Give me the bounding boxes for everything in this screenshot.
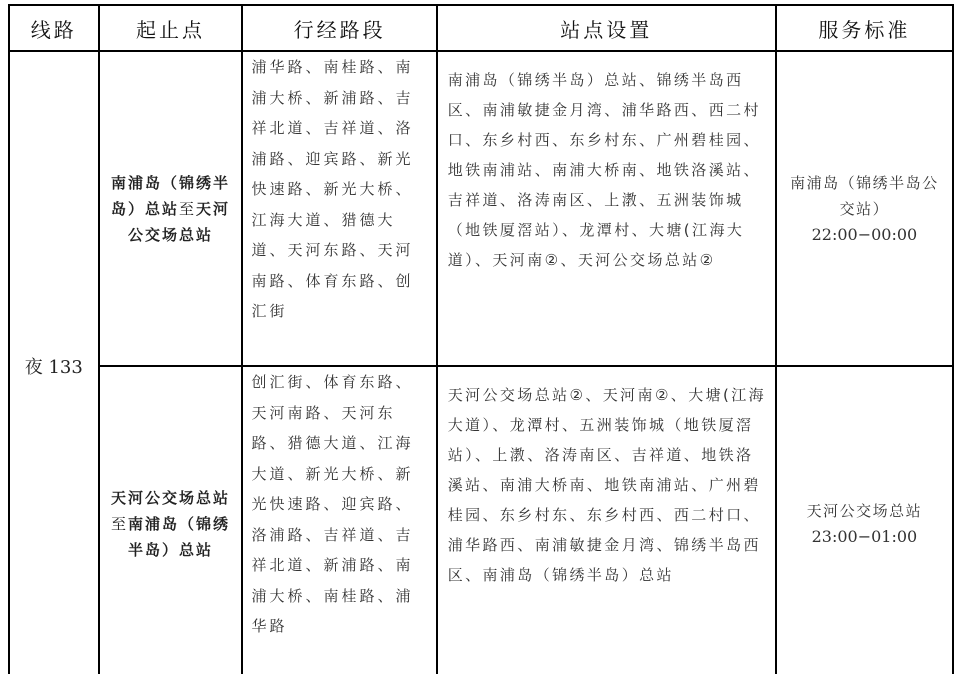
service-cell: 天河公交场总站 23:00−01:00 xyxy=(776,366,953,674)
header-roads: 行经路段 xyxy=(242,5,436,51)
header-endpoints: 起止点 xyxy=(99,5,243,51)
table-row: 夜 133 南浦岛（锦绣半岛）总站至天河公交场总站 浦华路、南桂路、南浦大桥、新… xyxy=(9,51,953,366)
endpoint-connector: 至 xyxy=(111,515,128,533)
service-hours: 22:00−00:00 xyxy=(785,222,944,248)
header-stops: 站点设置 xyxy=(437,5,776,51)
header-line: 线路 xyxy=(9,5,99,51)
table-row: 天河公交场总站至南浦岛（锦绣半岛）总站 创汇街、体育东路、天河南路、天河东路、猎… xyxy=(9,366,953,674)
service-hours: 23:00−01:00 xyxy=(785,524,944,550)
endpoint-to: 南浦岛（锦绣半岛）总站 xyxy=(128,515,230,559)
endpoints-cell: 南浦岛（锦绣半岛）总站至天河公交场总站 xyxy=(99,51,243,366)
stops-cell: 南浦岛（锦绣半岛）总站、锦绣半岛西区、南浦敏捷金月湾、浦华路西、西二村口、东乡村… xyxy=(437,51,776,366)
roads-cell: 创汇街、体育东路、天河南路、天河东路、猎德大道、江海大道、新光大桥、新光快速路、… xyxy=(242,366,436,674)
stops-cell: 天河公交场总站②、天河南②、大塘(江海大道）、龙潭村、五洲装饰城（地铁厦滘站）、… xyxy=(437,366,776,674)
line-number: 夜 133 xyxy=(9,51,99,674)
endpoint-from: 天河公交场总站 xyxy=(111,489,230,507)
header-row: 线路 起止点 行经路段 站点设置 服务标准 xyxy=(9,5,953,51)
endpoints-cell: 天河公交场总站至南浦岛（锦绣半岛）总站 xyxy=(99,366,243,674)
service-terminal: 天河公交场总站 xyxy=(807,502,923,520)
service-terminal: 南浦岛（锦绣半岛公交站） xyxy=(790,174,939,218)
header-service: 服务标准 xyxy=(776,5,953,51)
service-cell: 南浦岛（锦绣半岛公交站） 22:00−00:00 xyxy=(776,51,953,366)
endpoint-connector: 至 xyxy=(179,200,196,218)
roads-cell: 浦华路、南桂路、南浦大桥、新浦路、吉祥北道、吉祥道、洛浦路、迎宾路、新光快速路、… xyxy=(242,51,436,366)
bus-route-table: 线路 起止点 行经路段 站点设置 服务标准 夜 133 南浦岛（锦绣半岛）总站至… xyxy=(8,4,954,674)
